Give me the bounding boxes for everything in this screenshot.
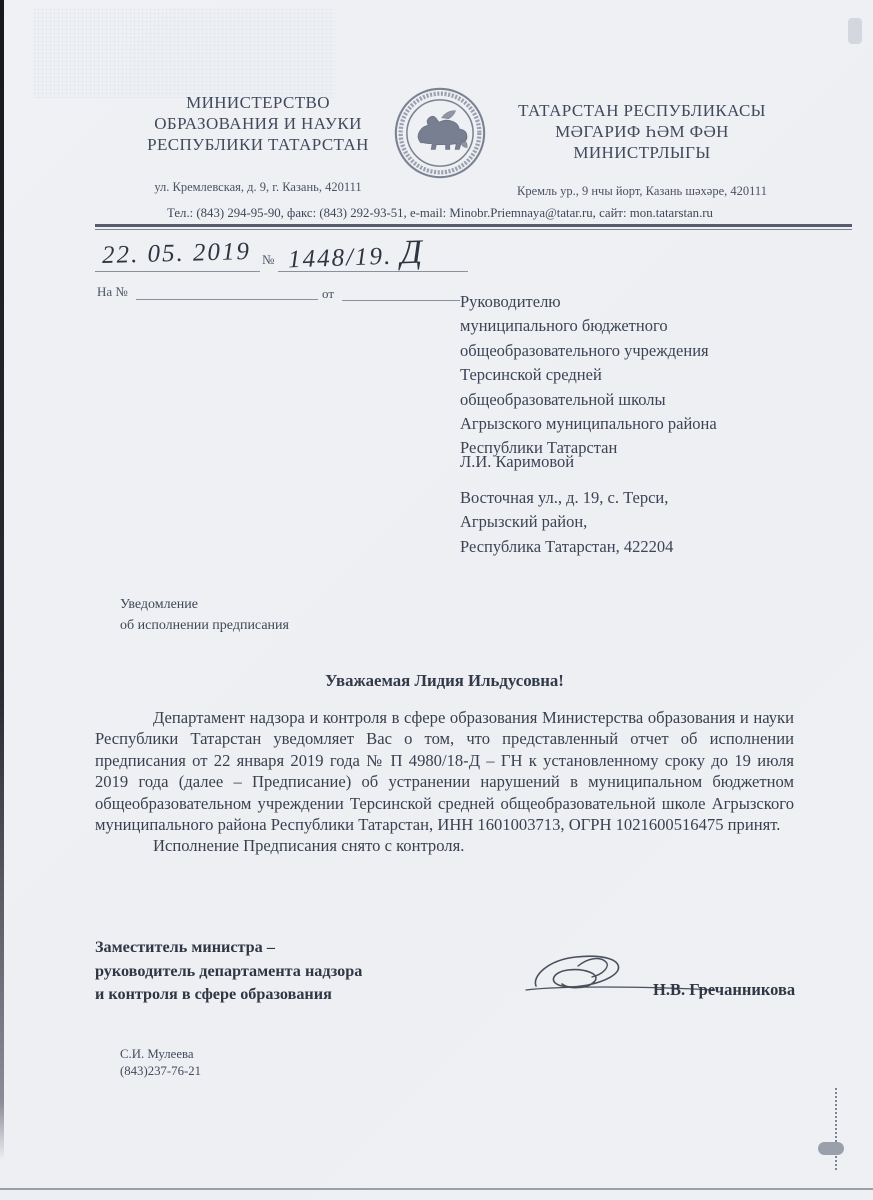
handwritten-number-suffix: Д [400,234,423,272]
scan-grid-artifact [34,8,334,98]
executor-name: С.И. Мулеева [120,1046,201,1063]
signer-position-line: Заместитель министра – [95,936,455,960]
scan-bottom-edge-artifact [0,1188,873,1190]
reply-date-underline [342,300,460,301]
org-line: РЕСПУБЛИКИ ТАТАРСТАН [118,134,398,155]
signer-name: Н.В. Гречанникова [653,980,795,1000]
scanned-official-letter: МИНИСТЕРСТВО ОБРАЗОВАНИЯ И НАУКИ РЕСПУБЛ… [0,0,873,1200]
recipient-line: общеобразовательного учреждения [460,339,790,363]
org-line: МИНИСТЕРСТВО [118,92,398,113]
subject-line: Уведомление [120,594,289,615]
signer-position-block: Заместитель министра – руководитель депа… [95,936,455,1007]
scan-left-edge-artifact [0,0,4,1160]
recipient-line: Терсинской средней [460,363,790,387]
signer-position-line: и контроля в сфере образования [95,983,455,1007]
subject-line: об исполнении предписания [120,615,289,636]
recipient-address-line: Восточная ул., д. 19, с. Терси, [460,486,790,510]
body-paragraph-1: Департамент надзора и контроля в сфере о… [95,707,794,835]
date-underline [95,271,260,272]
recipient-line: общеобразовательной школы [460,388,790,412]
org-line: МӘГАРИФ ҺӘМ ФӘН [492,121,792,142]
recipient-person-name: Л.И. Каримовой [460,452,574,472]
handwritten-outgoing-number: 1448/19. Д [287,234,422,277]
recipient-address-block: Восточная ул., д. 19, с. Терси, Агрызски… [460,486,790,559]
executor-phone: (843)237-76-21 [120,1063,201,1080]
org-line: ТАТАРСТАН РЕСПУБЛИКАСЫ [492,100,792,121]
number-sign-label: № [262,252,274,268]
recipient-line: Руководителю [460,290,790,314]
recipient-line: муниципального бюджетного [460,314,790,338]
scan-blob-artifact [818,1142,844,1155]
salutation: Уважаемая Лидия Ильдусовна! [95,671,794,691]
header-divider-thin [95,229,852,230]
recipient-block: Руководителю муниципального бюджетного о… [460,290,790,461]
letter-body: Департамент надзора и контроля в сфере о… [95,707,794,857]
org-line: ОБРАЗОВАНИЯ И НАУКИ [118,113,398,134]
handwritten-number-text: 1448/19. [288,243,393,274]
recipient-address-line: Республика Татарстан, 422204 [460,535,790,559]
sender-address-tatar: Кремль ур., 9 нчы йорт, Казань шәхәре, 4… [492,184,792,199]
scan-smudge-artifact [848,18,862,44]
reply-to-number-label: На № [97,284,128,300]
reply-from-label: от [322,286,334,302]
reply-number-underline [136,299,318,300]
tatarstan-coat-of-arms-seal-icon [392,84,488,182]
handwritten-date: 22. 05. 2019 [102,238,252,270]
letter-subject: Уведомление об исполнении предписания [120,594,289,636]
org-line: МИНИСТРЛЫГЫ [492,142,792,163]
signer-position-line: руководитель департамента надзора [95,960,455,984]
body-paragraph-2: Исполнение Предписания снято с контроля. [95,835,794,856]
number-underline [278,271,468,272]
sender-address-russian: ул. Кремлевская, д. 9, г. Казань, 420111 [118,180,398,195]
scan-dotted-line-artifact [835,1088,838,1170]
recipient-line: Агрызского муниципального района [460,412,790,436]
sender-org-name-tatar: ТАТАРСТАН РЕСПУБЛИКАСЫ МӘГАРИФ ҺӘМ ФӘН М… [492,100,792,163]
contact-info-line: Тел.: (843) 294-95-90, факс: (843) 292-9… [60,206,820,221]
executor-block: С.И. Мулеева (843)237-76-21 [120,1046,201,1080]
header-divider-thick [95,224,852,227]
sender-org-name-russian: МИНИСТЕРСТВО ОБРАЗОВАНИЯ И НАУКИ РЕСПУБЛ… [118,92,398,155]
recipient-address-line: Агрызский район, [460,510,790,534]
